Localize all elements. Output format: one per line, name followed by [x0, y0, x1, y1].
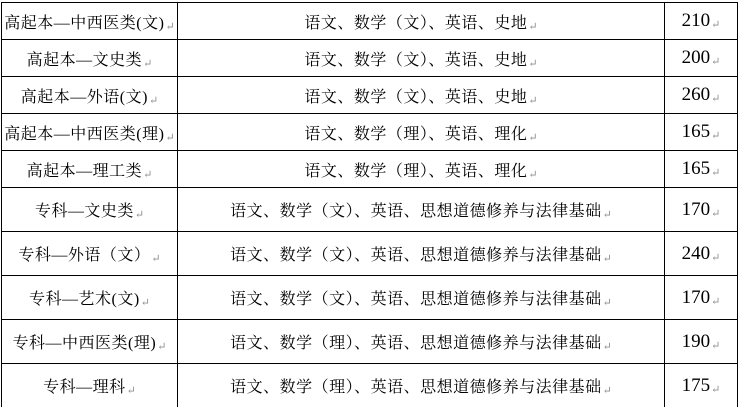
category-text: 高起本—理工类 — [27, 163, 143, 180]
score-cell: 170↵ — [665, 276, 738, 320]
subjects-text: 语文、数学（理）、英语、理化 — [304, 126, 527, 143]
cell-end-mark-icon: ↵ — [711, 252, 720, 264]
cell-end-mark-icon: ↵ — [711, 93, 720, 105]
cell-end-mark-icon: ↵ — [143, 169, 152, 181]
subjects-text: 语文、数学（理）、英语、理化 — [304, 163, 527, 180]
cell-end-mark-icon: ↵ — [711, 130, 720, 142]
category-cell: 高起本—文史类↵ — [2, 40, 178, 77]
score-cell: 210↵ — [665, 3, 738, 40]
score-cell: 200↵ — [665, 40, 738, 77]
category-cell: 高起本—外语(文)↵ — [2, 77, 178, 114]
score-cell: 190↵ — [665, 320, 738, 364]
cell-end-mark-icon: ↵ — [603, 209, 612, 221]
category-text: 高起本—外语(文) — [21, 89, 148, 106]
cell-end-mark-icon: ↵ — [143, 58, 152, 70]
score-text: 165 — [682, 121, 711, 142]
subjects-text: 语文、数学（理）、英语、思想道德修养与法律基础 — [230, 379, 602, 396]
category-text: 高起本—文史类 — [27, 52, 143, 69]
subjects-text: 语文、数学（理）、英语、思想道德修养与法律基础 — [230, 335, 602, 352]
subjects-cell: 语文、数学（理）、英语、思想道德修养与法律基础↵ — [178, 364, 665, 407]
category-text: 高起本—中西医类(理) — [4, 126, 164, 143]
table-row: 专科—理科↵ 语文、数学（理）、英语、思想道德修养与法律基础↵ 175↵ — [2, 364, 738, 407]
cell-end-mark-icon: ↵ — [528, 58, 537, 70]
cell-end-mark-icon: ↵ — [711, 19, 720, 31]
subjects-cell: 语文、数学（理）、英语、理化↵ — [178, 114, 665, 151]
subjects-text: 语文、数学（文）、英语、史地 — [304, 15, 527, 32]
cell-end-mark-icon: ↵ — [528, 95, 537, 107]
score-text: 210 — [682, 10, 711, 31]
score-cell: 240↵ — [665, 232, 738, 276]
category-cell: 专科—外语（文）↵ — [2, 232, 178, 276]
score-text: 170 — [682, 287, 711, 308]
category-cell: 高起本—中西医类(理)↵ — [2, 114, 178, 151]
table-row: 高起本—外语(文)↵ 语文、数学（文）、英语、史地↵ 260↵ — [2, 77, 738, 114]
cell-end-mark-icon: ↵ — [528, 132, 537, 144]
score-cell: 170↵ — [665, 188, 738, 232]
category-cell: 高起本—理工类↵ — [2, 151, 178, 188]
category-text: 专科—艺术(文) — [29, 291, 140, 308]
subjects-cell: 语文、数学（文）、英语、思想道德修养与法律基础↵ — [178, 188, 665, 232]
category-cell: 专科—理科↵ — [2, 364, 178, 407]
cell-end-mark-icon: ↵ — [141, 297, 150, 309]
category-text: 专科—文史类 — [35, 203, 134, 220]
cell-end-mark-icon: ↵ — [711, 56, 720, 68]
score-lines-table: 高起本—中西医类(文)↵ 语文、数学（文）、英语、史地↵ 210↵ 高起本—文史… — [1, 2, 738, 407]
cell-end-mark-icon: ↵ — [603, 253, 612, 265]
cell-end-mark-icon: ↵ — [127, 385, 136, 397]
subjects-cell: 语文、数学（理）、英语、理化↵ — [178, 151, 665, 188]
category-text: 专科—外语（文） — [18, 247, 150, 264]
score-text: 200 — [682, 47, 711, 68]
category-cell: 高起本—中西医类(文)↵ — [2, 3, 178, 40]
score-text: 260 — [682, 84, 711, 105]
cell-end-mark-icon: ↵ — [528, 169, 537, 181]
document-page: 高起本—中西医类(文)↵ 语文、数学（文）、英语、史地↵ 210↵ 高起本—文史… — [0, 0, 740, 407]
category-text: 专科—中西医类(理) — [13, 335, 157, 352]
cell-end-mark-icon: ↵ — [157, 341, 166, 353]
category-cell: 专科—文史类↵ — [2, 188, 178, 232]
table-row: 专科—文史类↵ 语文、数学（文）、英语、思想道德修养与法律基础↵ 170↵ — [2, 188, 738, 232]
cell-end-mark-icon: ↵ — [603, 385, 612, 397]
subjects-text: 语文、数学（文）、英语、思想道德修养与法律基础 — [230, 291, 602, 308]
cell-end-mark-icon: ↵ — [711, 384, 720, 396]
category-text: 高起本—中西医类(文) — [4, 15, 164, 32]
subjects-text: 语文、数学（文）、英语、思想道德修养与法律基础 — [230, 203, 602, 220]
subjects-cell: 语文、数学（文）、英语、思想道德修养与法律基础↵ — [178, 232, 665, 276]
table-row: 高起本—文史类↵ 语文、数学（文）、英语、史地↵ 200↵ — [2, 40, 738, 77]
category-cell: 专科—中西医类(理)↵ — [2, 320, 178, 364]
table-row: 高起本—理工类↵ 语文、数学（理）、英语、理化↵ 165↵ — [2, 151, 738, 188]
cell-end-mark-icon: ↵ — [151, 253, 160, 265]
table-row: 专科—中西医类(理)↵ 语文、数学（理）、英语、思想道德修养与法律基础↵ 190… — [2, 320, 738, 364]
score-cell: 165↵ — [665, 114, 738, 151]
cell-end-mark-icon: ↵ — [149, 95, 158, 107]
table-row: 高起本—中西医类(文)↵ 语文、数学（文）、英语、史地↵ 210↵ — [2, 3, 738, 40]
table-row: 专科—艺术(文)↵ 语文、数学（文）、英语、思想道德修养与法律基础↵ 170↵ — [2, 276, 738, 320]
cell-end-mark-icon: ↵ — [711, 296, 720, 308]
subjects-text: 语文、数学（文）、英语、史地 — [304, 52, 527, 69]
table-row: 高起本—中西医类(理)↵ 语文、数学（理）、英语、理化↵ 165↵ — [2, 114, 738, 151]
cell-end-mark-icon: ↵ — [135, 209, 144, 221]
cell-end-mark-icon: ↵ — [603, 297, 612, 309]
cell-end-mark-icon: ↵ — [711, 167, 720, 179]
cell-end-mark-icon: ↵ — [711, 208, 720, 220]
cell-end-mark-icon: ↵ — [165, 21, 174, 33]
score-cell: 165↵ — [665, 151, 738, 188]
score-cell: 175↵ — [665, 364, 738, 407]
subjects-text: 语文、数学（文）、英语、思想道德修养与法律基础 — [230, 247, 602, 264]
score-text: 170 — [682, 199, 711, 220]
subjects-cell: 语文、数学（文）、英语、史地↵ — [178, 77, 665, 114]
category-text: 专科—理科 — [43, 379, 126, 396]
score-text: 165 — [682, 158, 711, 179]
score-cell: 260↵ — [665, 77, 738, 114]
cell-end-mark-icon: ↵ — [528, 21, 537, 33]
score-text: 240 — [682, 243, 711, 264]
cell-end-mark-icon: ↵ — [165, 132, 174, 144]
subjects-cell: 语文、数学（文）、英语、史地↵ — [178, 40, 665, 77]
table-row: 专科—外语（文）↵ 语文、数学（文）、英语、思想道德修养与法律基础↵ 240↵ — [2, 232, 738, 276]
cell-end-mark-icon: ↵ — [603, 341, 612, 353]
subjects-cell: 语文、数学（文）、英语、史地↵ — [178, 3, 665, 40]
subjects-cell: 语文、数学（文）、英语、思想道德修养与法律基础↵ — [178, 276, 665, 320]
subjects-cell: 语文、数学（理）、英语、思想道德修养与法律基础↵ — [178, 320, 665, 364]
score-text: 175 — [682, 375, 711, 396]
cell-end-mark-icon: ↵ — [711, 340, 720, 352]
score-text: 190 — [682, 331, 711, 352]
category-cell: 专科—艺术(文)↵ — [2, 276, 178, 320]
subjects-text: 语文、数学（文）、英语、史地 — [304, 89, 527, 106]
